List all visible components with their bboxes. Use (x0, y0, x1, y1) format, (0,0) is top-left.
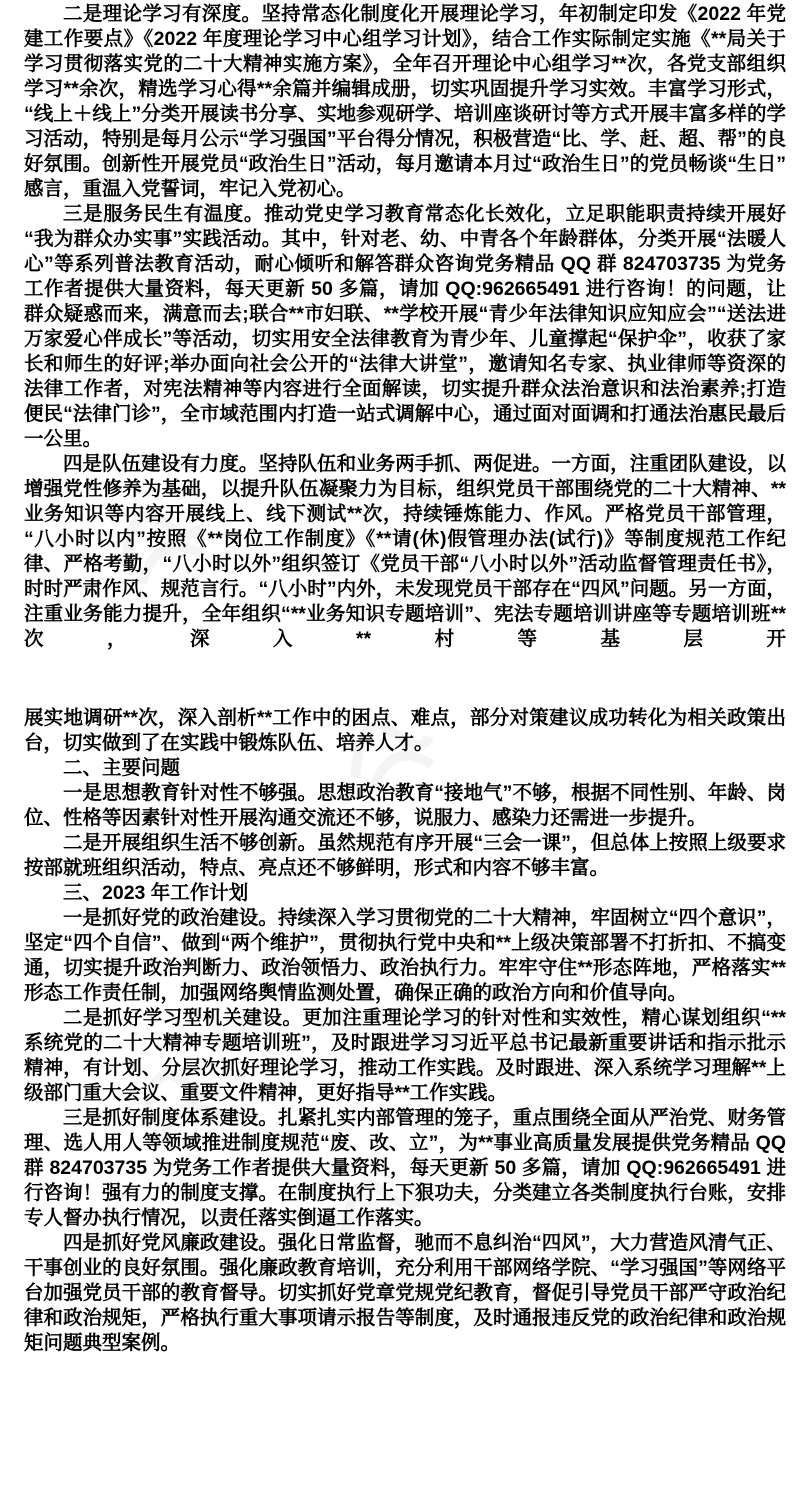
page-break-gap (24, 652, 786, 706)
paragraph-team-building-top: 四是队伍建设有力度。坚持队伍和业务两手抓、两促进。一方面，注重团队建设，以增强党… (24, 452, 786, 652)
paragraph-team-building-cont: 展实地调研**次，深入剖析**工作中的困点、难点，部分对策建议成功转化为相关政策… (24, 706, 786, 756)
paragraph-serve-people: 三是服务民生有温度。推动党史学习教育常态化长效化，立足职能职责持续开展好“我为群… (24, 202, 786, 452)
paragraph-plan-3-institution: 三是抓好制度体系建设。扎紧扎实内部管理的笼子，重点围绕全面从严治党、财务管理、选… (24, 1106, 786, 1231)
section-heading-main-problems: 二、主要问题 (24, 756, 786, 781)
paragraph-problem-2: 二是开展组织生活不够创新。虽然规范有序开展“三会一课”，但总体上按照上级要求按部… (24, 831, 786, 881)
section-heading-2023-plan: 三、2023 年工作计划 (24, 881, 786, 906)
paragraph-plan-4-clean-gov: 四是抓好党风廉政建设。强化日常监督，驰而不息纠治“四风”，大力营造风清气正、干事… (24, 1231, 786, 1356)
paragraph-plan-1-political: 一是抓好党的政治建设。持续深入学习贯彻党的二十大精神，牢固树立“四个意识”，坚定… (24, 906, 786, 1006)
paragraph-plan-2-learning: 二是抓好学习型机关建设。更加注重理论学习的针对性和实效性，精心谋划组织“**系统… (24, 1006, 786, 1106)
document-page: 二是理论学习有深度。坚持常态化制度化开展理论学习，年初制定印发《2022 年党建… (0, 0, 800, 1489)
paragraph-problem-1: 一是思想教育针对性不够强。思想政治教育“接地气”不够，根据不同性别、年龄、岗位、… (24, 781, 786, 831)
paragraph-theory-study: 二是理论学习有深度。坚持常态化制度化开展理论学习，年初制定印发《2022 年党建… (24, 2, 786, 202)
